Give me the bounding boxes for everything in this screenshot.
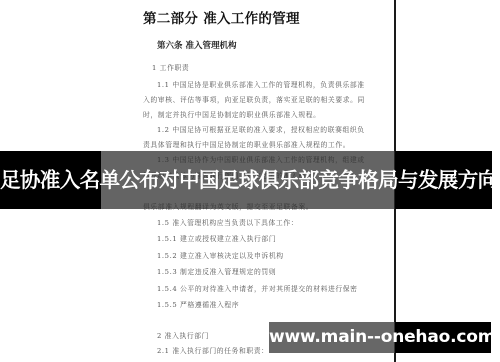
doc-line: 2.1 准入执行部门的任务和职责：: [157, 345, 269, 355]
doc-line: 1.5 准入管理机构应当负责以下具体工作：: [157, 217, 298, 227]
doc-line: 1 工作职责: [152, 62, 189, 72]
doc-line: 1.2 中国足协可根据亚足联的准入要求，授权相应的联赛组织负: [157, 124, 365, 134]
doc-line: 2 准入执行部门: [157, 330, 209, 340]
doc-line: 1.5.2 建立准入审核决定以及申诉机构: [157, 250, 284, 260]
doc-line: 1.5.3 制定违反准入管理规定的罚则: [157, 266, 276, 276]
doc-line: 入的审核、评估等事项，向亚足联负责，落实亚足联的相关要求。同: [143, 94, 365, 104]
doc-line: 责具体管理和执行中国足协制定的职业俱乐部准入规程的工作。: [143, 139, 350, 149]
article-title: 第六条 准入管理机构: [157, 39, 236, 51]
doc-line: 1.5.1 建立或授权建立准入执行部门: [157, 233, 276, 243]
part-title: 第二部分 准入工作的管理: [143, 7, 300, 27]
headline-text: 足协准入名单公布对中国足球俱乐部竞争格局与发展方向的深远影响: [0, 151, 492, 209]
doc-line: 1.5.4 公平的对待准入申请者，并对其所提交的材料进行保密: [157, 283, 358, 293]
watermark-url: www.main--onehao.com: [269, 322, 491, 353]
site-watermark: www.main--onehao.com: [269, 322, 491, 353]
doc-line: 1.1 中国足协是职业俱乐部准入工作的管理机构，负责俱乐部准: [157, 79, 365, 89]
doc-line: 时，制定并执行中国足协制定的职业俱乐部准入规程。: [143, 109, 321, 119]
headline-banner: 足协准入名单公布对中国足球俱乐部竞争格局与发展方向的深远影响: [0, 151, 492, 209]
doc-line: 1.5.5 严格遵循准入程序: [157, 299, 239, 309]
